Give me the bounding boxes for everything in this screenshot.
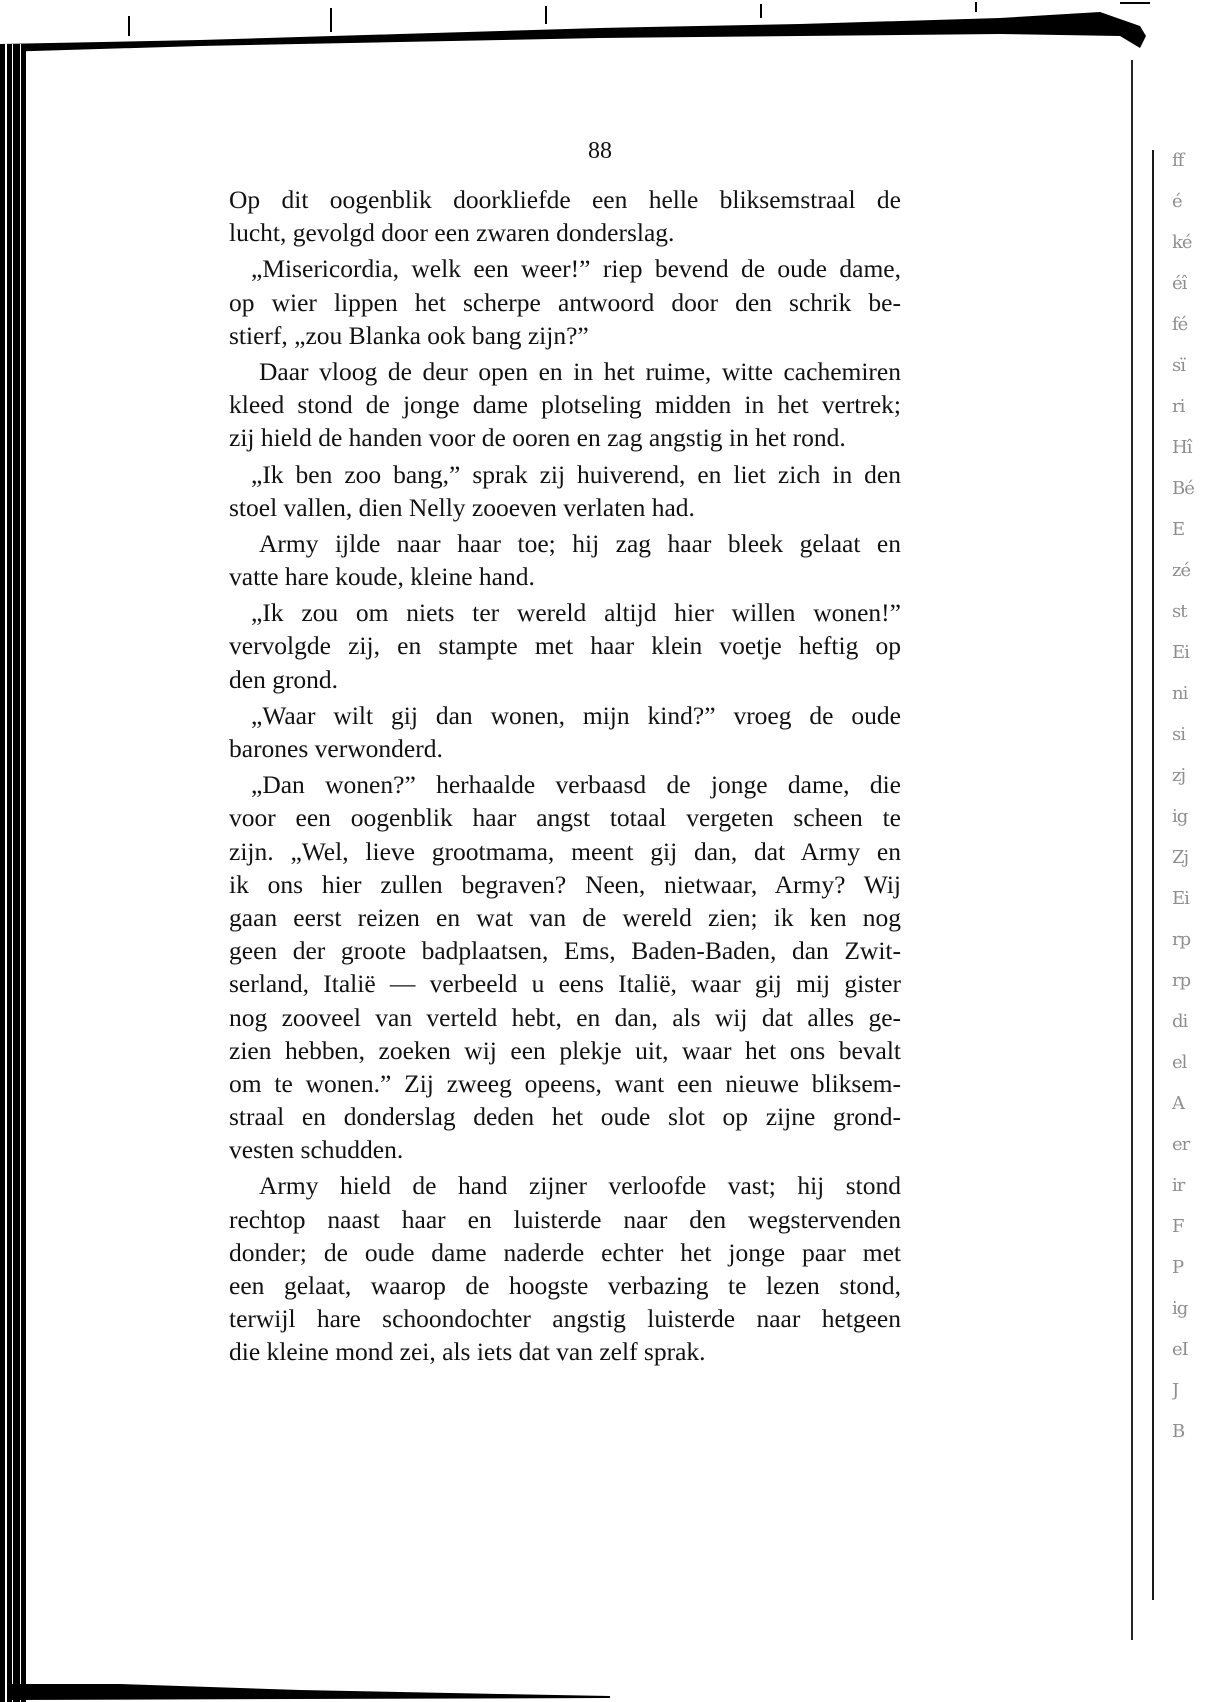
paragraph: Army hield de hand zijner verloofde vast… <box>229 1169 901 1368</box>
top-page-edge-shadow <box>0 0 1216 60</box>
text-line: zij hield de handen voor de ooren en zag… <box>229 421 901 454</box>
right-page-edge-line-inner <box>1152 150 1154 1600</box>
text-line: „Ik zou om niets ter wereld altijd hier … <box>229 596 901 629</box>
bleed-glyph: E <box>1172 509 1216 550</box>
bleed-glyph: sï <box>1172 345 1216 386</box>
bleed-glyph: B <box>1172 1411 1216 1452</box>
text-line: kleed stond de jonge dame plotseling mid… <box>229 388 901 421</box>
text-line: zijn. „Wel, lieve grootmama, meent gij d… <box>229 835 901 868</box>
bleed-glyph: Ei <box>1172 878 1216 919</box>
text-line: „Ik ben zoo bang,” sprak zij huiverend, … <box>229 458 901 491</box>
paragraph: Daar vloog de deur open en in het ruime,… <box>229 355 901 455</box>
bleed-glyph: er <box>1172 1124 1216 1165</box>
bleed-glyph: Bé <box>1172 468 1216 509</box>
page-number: 88 <box>0 138 1216 165</box>
bleed-glyph: P <box>1172 1247 1216 1288</box>
bleed-glyph: é <box>1172 181 1216 222</box>
text-line: Op dit oogenblik doorkliefde een helle b… <box>229 183 901 216</box>
paragraph: „Waar wilt gij dan wonen, mijn kind?” vr… <box>229 699 901 765</box>
text-line: stierf, „zou Blanka ook bang zijn?” <box>229 319 901 352</box>
paragraph: „Misericordia, welk een weer!” riep beve… <box>229 252 901 352</box>
bleed-glyph: ké <box>1172 222 1216 263</box>
bleed-glyph: st <box>1172 591 1216 632</box>
paragraph: „Dan wonen?” herhaalde verbaasd de jonge… <box>229 768 901 1166</box>
text-line: „Misericordia, welk een weer!” riep beve… <box>229 252 901 285</box>
text-line: terwijl hare schoondochter angstig luist… <box>229 1302 901 1335</box>
text-line: om te wonen.” Zij zweeg opeens, want een… <box>229 1067 901 1100</box>
text-line: die kleine mond zei, als iets dat van ze… <box>229 1335 901 1368</box>
text-line: serland, Italië — verbeeld u eens Italië… <box>229 967 901 1000</box>
bleed-glyph: di <box>1172 1001 1216 1042</box>
text-line: lucht, gevolgd door een zwaren dondersla… <box>229 216 901 249</box>
bleed-glyph: fé <box>1172 304 1216 345</box>
text-line: op wier lippen het scherpe antwoord door… <box>229 286 901 319</box>
text-line: Army hield de hand zijner verloofde vast… <box>229 1169 901 1202</box>
right-page-edge-line <box>1131 60 1133 1640</box>
paragraph: „Ik ben zoo bang,” sprak zij huiverend, … <box>229 458 901 524</box>
text-line: gaan eerst reizen en wat van de wereld z… <box>229 901 901 934</box>
text-line: Army ijlde naar haar toe; hij zag haar b… <box>229 527 901 560</box>
text-line: vatte hare koude, kleine hand. <box>229 560 901 593</box>
text-line: voor een oogenblik haar angst totaal ver… <box>229 801 901 834</box>
bleed-glyph: éî <box>1172 263 1216 304</box>
text-line: Daar vloog de deur open en in het ruime,… <box>229 355 901 388</box>
text-line: geen der groote badplaatsen, Ems, Baden-… <box>229 934 901 967</box>
text-line: rechtop naast haar en luisterde naar den… <box>229 1203 901 1236</box>
text-line: ik ons hier zullen begraven? Neen, nietw… <box>229 868 901 901</box>
bleed-glyph: Ei <box>1172 632 1216 673</box>
bleed-glyph: A <box>1172 1083 1216 1124</box>
body-text: Op dit oogenblik doorkliefde een helle b… <box>229 183 901 1369</box>
bleed-through-text: ffékééîfésïriHîBéEzéstEinisizjigZjEirprp… <box>1172 140 1216 1520</box>
bleed-glyph: rp <box>1172 919 1216 960</box>
bleed-glyph: Zj <box>1172 837 1216 878</box>
bottom-page-edge-shadow <box>0 1640 1216 1702</box>
bleed-glyph: rp <box>1172 960 1216 1001</box>
text-line: vesten schudden. <box>229 1133 901 1166</box>
bleed-glyph: ir <box>1172 1165 1216 1206</box>
bleed-glyph: J <box>1172 1370 1216 1411</box>
text-line: vervolgde zij, en stampte met haar klein… <box>229 629 901 662</box>
binding-line <box>22 48 25 1648</box>
bleed-glyph: ri <box>1172 386 1216 427</box>
text-line: barones verwonderd. <box>229 732 901 765</box>
text-line: „Dan wonen?” herhaalde verbaasd de jonge… <box>229 768 901 801</box>
bleed-glyph: F <box>1172 1206 1216 1247</box>
text-line: nog zooveel van verteld hebt, en dan, al… <box>229 1001 901 1034</box>
text-line: „Waar wilt gij dan wonen, mijn kind?” vr… <box>229 699 901 732</box>
bleed-glyph: zé <box>1172 550 1216 591</box>
paragraph: „Ik zou om niets ter wereld altijd hier … <box>229 596 901 696</box>
text-line: straal en donderslag deden het oude slot… <box>229 1100 901 1133</box>
text-line: een gelaat, waarop de hoogste verbazing … <box>229 1269 901 1302</box>
text-line: zien hebben, zoeken wij een plekje uit, … <box>229 1034 901 1067</box>
bleed-glyph: Hî <box>1172 427 1216 468</box>
text-line: den grond. <box>229 663 901 696</box>
scanned-page: ffékééîfésïriHîBéEzéstEinisizjigZjEirprp… <box>0 0 1216 1702</box>
text-line: donder; de oude dame naderde echter het … <box>229 1236 901 1269</box>
bleed-glyph: ig <box>1172 796 1216 837</box>
bleed-glyph: eI <box>1172 1329 1216 1370</box>
bleed-glyph: ig <box>1172 1288 1216 1329</box>
bleed-glyph: el <box>1172 1042 1216 1083</box>
paragraph: Op dit oogenblik doorkliefde een helle b… <box>229 183 901 249</box>
paragraph: Army ijlde naar haar toe; hij zag haar b… <box>229 527 901 593</box>
text-line: stoel vallen, dien Nelly zooeven verlate… <box>229 491 901 524</box>
bleed-glyph: ni <box>1172 673 1216 714</box>
bleed-glyph: zj <box>1172 755 1216 796</box>
bleed-glyph: si <box>1172 714 1216 755</box>
